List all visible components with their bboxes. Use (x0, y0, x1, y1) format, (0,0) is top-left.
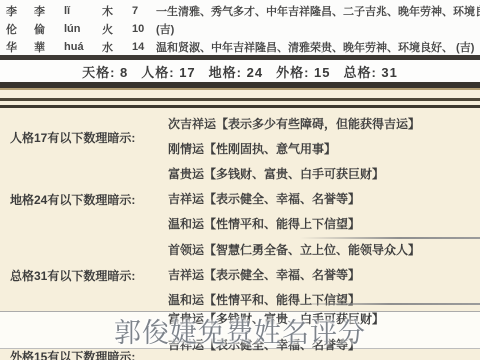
character-table: 李 李 lǐ 木 7 一生清雅、秀气多才、中年吉祥隆昌、二子吉兆、晚年劳神、环境… (0, 0, 480, 57)
section-label: 地格24有以下数理暗示: (0, 162, 168, 237)
divider (0, 98, 480, 101)
grid-waige: 外格: 15 (276, 62, 330, 81)
char-simplified: 李 (0, 3, 34, 19)
char-element: 火 (102, 21, 132, 37)
section-renge: 人格17有以下数理暗示: 次吉祥运【表示多少有些障碍，但能获得吉运】 刚情运【性… (0, 112, 480, 162)
char-strokes: 14 (132, 41, 156, 53)
section-label: 总格31有以下数理暗示: (0, 238, 168, 313)
char-strokes: 10 (132, 23, 156, 35)
table-row: 华 華 huá 水 14 温和贤淑、中年吉祥隆昌、清雅荣贵、晚年劳神、环境良好、… (0, 38, 480, 56)
hint-line: 首领运【智慧仁勇全备、立上位、能领导众人】 (168, 238, 480, 263)
divider (0, 105, 480, 108)
char-traditional: 倫 (34, 21, 64, 37)
hint-line: 温和运【性情平和、能得上下信望】 (168, 212, 480, 237)
char-element: 木 (102, 3, 132, 19)
hint-line: 次吉祥运【表示多少有些障碍，但能获得吉运】 (168, 112, 480, 137)
grid-dige: 地格: 24 (209, 62, 263, 81)
hint-line: 吉祥运【表示健全、幸福、名誉等】 (168, 187, 480, 212)
char-traditional: 李 (34, 3, 64, 19)
char-pinyin: huá (64, 41, 102, 53)
name-score-page: 李 李 lǐ 木 7 一生清雅、秀气多才、中年吉祥隆昌、二子吉兆、晚年劳神、环境… (0, 0, 480, 360)
char-meaning: (吉) (156, 21, 480, 37)
section-lines: 富贵运【多钱财、富贵、白手可获巨财】 吉祥运【表示健全、幸福、名誉等】 温和运【… (168, 162, 480, 237)
five-grids-bar: 天格: 8 人格: 17 地格: 24 外格: 15 总格: 31 (0, 55, 480, 88)
table-row: 李 李 lǐ 木 7 一生清雅、秀气多才、中年吉祥隆昌、二子吉兆、晚年劳神、环境… (0, 2, 480, 20)
page-title: 郭俊婕免费姓名评分 (0, 318, 480, 348)
grid-renge: 人格: 17 (141, 62, 195, 81)
char-simplified: 华 (0, 39, 34, 55)
char-element: 水 (102, 39, 132, 55)
section-dige: 地格24有以下数理暗示: 富贵运【多钱财、富贵、白手可获巨财】 吉祥运【表示健全… (0, 162, 480, 237)
char-meaning: 温和贤淑、中年吉祥隆昌、清雅荣贵、晚年劳神、环境良好、 (吉) (156, 39, 480, 55)
hint-line: 富贵运【多钱财、富贵、白手可获巨财】 (168, 162, 480, 187)
char-pinyin: lǐ (64, 5, 102, 17)
analysis-content: 人格17有以下数理暗示: 次吉祥运【表示多少有些障碍，但能获得吉运】 刚情运【性… (0, 88, 480, 360)
section-label-waige: 外格15有以下数理暗示: (10, 348, 135, 360)
char-meaning: 一生清雅、秀气多才、中年吉祥隆昌、二子吉兆、晚年劳神、环境良好、 (吉) (156, 3, 480, 19)
table-row: 伦 倫 lún 火 10 (吉) (0, 20, 480, 38)
grid-tiange: 天格: 8 (82, 62, 128, 81)
divider (280, 303, 480, 305)
section-zongge: 总格31有以下数理暗示: 首领运【智慧仁勇全备、立上位、能领导众人】 吉祥运【表… (0, 238, 480, 313)
section-lines: 次吉祥运【表示多少有些障碍，但能获得吉运】 刚情运【性刚固执、意气用事】 (168, 112, 480, 162)
hint-line: 吉祥运【表示健全、幸福、名誉等】 (168, 263, 480, 288)
section-label: 人格17有以下数理暗示: (0, 112, 168, 162)
char-strokes: 7 (132, 5, 156, 17)
char-traditional: 華 (34, 39, 64, 55)
section-lines: 首领运【智慧仁勇全备、立上位、能领导众人】 吉祥运【表示健全、幸福、名誉等】 温… (168, 238, 480, 313)
char-pinyin: lún (64, 23, 102, 35)
hint-line: 刚情运【性刚固执、意气用事】 (168, 137, 480, 162)
grid-zongge: 总格: 31 (343, 62, 397, 81)
char-simplified: 伦 (0, 21, 34, 37)
